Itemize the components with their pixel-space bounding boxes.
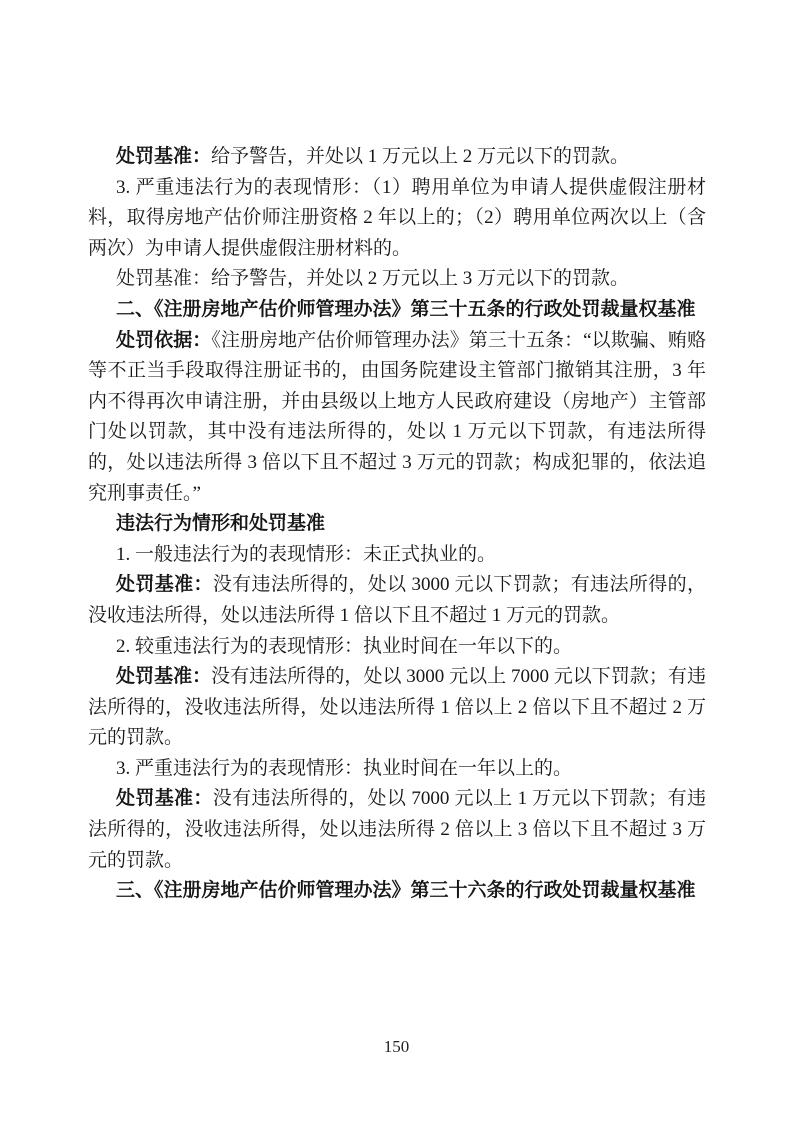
document-body: 处罚基准：给予警告，并处以 1 万元以上 2 万元以下的罚款。 3. 严重违法行… bbox=[88, 142, 706, 907]
paragraph-text: 《注册房地产估价师管理办法》第三十五条：“以欺骗、贿赂等不正当手段取得注册证书的… bbox=[88, 330, 706, 504]
paragraph-text: 给予警告，并处以 1 万元以上 2 万元以下的罚款。 bbox=[211, 146, 629, 167]
paragraph-moderate-violation: 2. 较重违法行为的表现情形：执业时间在一年以下的。 bbox=[88, 632, 706, 663]
page-number: 150 bbox=[384, 1037, 410, 1056]
paragraph-severe-violation: 3. 严重违法行为的表现情形：执业时间在一年以上的。 bbox=[88, 754, 706, 785]
page-footer: 150 bbox=[0, 1036, 793, 1058]
paragraph-text: 2. 较重违法行为的表现情形：执业时间在一年以下的。 bbox=[116, 636, 572, 657]
heading-text: 二、《注册房地产估价师管理办法》第三十五条的行政处罚裁量权基准 bbox=[116, 299, 696, 320]
paragraph-penalty-standard-severe-a: 处罚基准：给予警告，并处以 1 万元以上 2 万元以下的罚款。 bbox=[88, 142, 706, 173]
document-page: 处罚基准：给予警告，并处以 1 万元以上 2 万元以下的罚款。 3. 严重违法行… bbox=[0, 0, 793, 1122]
lead-label-penalty-standard: 处罚基准： bbox=[116, 574, 213, 595]
lead-label-penalty-standard: 处罚基准： bbox=[116, 666, 211, 687]
paragraph-text: 1. 一般违法行为的表现情形：未正式执业的。 bbox=[116, 544, 496, 565]
paragraph-text: 处罚基准：给予警告，并处以 2 万元以上 3 万元以下的罚款。 bbox=[116, 268, 629, 289]
heading-text: 三、《注册房地产估价师管理办法》第三十六条的行政处罚裁量权基准 bbox=[116, 880, 696, 901]
paragraph-general-violation: 1. 一般违法行为的表现情形：未正式执业的。 bbox=[88, 540, 706, 571]
lead-label-penalty-basis: 处罚依据： bbox=[116, 330, 211, 351]
paragraph-severe-violation-situations: 3. 严重违法行为的表现情形：（1）聘用单位为申请人提供虚假注册材料，取得房地产… bbox=[88, 173, 706, 265]
paragraph-text: 3. 严重违法行为的表现情形：（1）聘用单位为申请人提供虚假注册材料，取得房地产… bbox=[88, 177, 706, 259]
paragraph-penalty-standard-general: 处罚基准：没有违法所得的，处以 3000 元以下罚款；有违法所得的，没收违法所得… bbox=[88, 570, 706, 631]
section-heading-article-36: 三、《注册房地产估价师管理办法》第三十六条的行政处罚裁量权基准 bbox=[88, 876, 706, 907]
paragraph-penalty-standard-severe: 处罚基准：没有违法所得的，处以 7000 元以上 1 万元以下罚款；有违法所得的… bbox=[88, 784, 706, 876]
paragraph-penalty-standard-moderate: 处罚基准：没有违法所得的，处以 3000 元以上 7000 元以下罚款；有违法所… bbox=[88, 662, 706, 754]
section-heading-article-35: 二、《注册房地产估价师管理办法》第三十五条的行政处罚裁量权基准 bbox=[88, 295, 706, 326]
paragraph-penalty-standard-severe-b: 处罚基准：给予警告，并处以 2 万元以上 3 万元以下的罚款。 bbox=[88, 264, 706, 295]
paragraph-penalty-basis-article-35: 处罚依据：《注册房地产估价师管理办法》第三十五条：“以欺骗、贿赂等不正当手段取得… bbox=[88, 326, 706, 510]
subheading-text: 违法行为情形和处罚基准 bbox=[116, 513, 325, 534]
lead-label-penalty-standard: 处罚基准： bbox=[116, 146, 211, 167]
lead-label-penalty-standard: 处罚基准： bbox=[116, 788, 213, 809]
subheading-violation-situations-and-standards: 违法行为情形和处罚基准 bbox=[88, 509, 706, 540]
paragraph-text: 3. 严重违法行为的表现情形：执业时间在一年以上的。 bbox=[116, 758, 572, 779]
